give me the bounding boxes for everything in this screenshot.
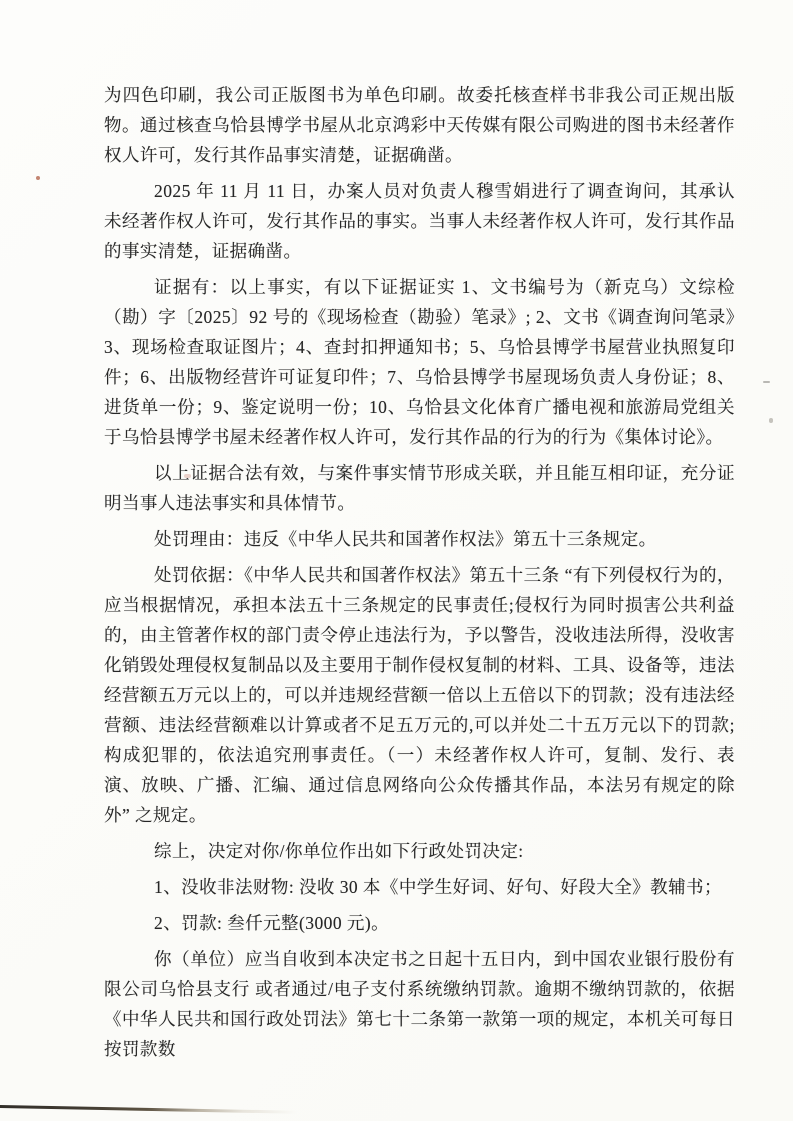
- paragraph-payment-instructions: 你（单位）应当自收到本决定书之日起十五日内，到中国农业银行股份有限公司乌恰县支行…: [104, 944, 735, 1064]
- scan-speck-gray-2: [769, 418, 773, 423]
- scan-artifact-line: [0, 1105, 297, 1114]
- paragraph-penalty-basis: 处罚依据：《中华人民共和国著作权法》第五十三条 “有下列侵权行为的，应当根据情况…: [104, 560, 735, 830]
- paragraph-decision-intro: 综上，决定对你/你单位作出如下行政处罚决定:: [104, 836, 735, 866]
- scanned-document-page: 为四色印刷，我公司正版图书为单色印刷。故委托核查样书非我公司正规出版物。通过核查…: [0, 0, 793, 1121]
- paragraph-penalty-reason: 处罚理由：违反《中华人民共和国著作权法》第五十三条规定。: [104, 524, 735, 554]
- scan-speck-red: [36, 176, 40, 180]
- decision-item-confiscation: 1、没收非法财物: 没收 30 本《中学生好词、好句、好段大全》教辅书；: [104, 872, 735, 902]
- decision-item-fine: 2、罚款: 叁仟元整(3000 元)。: [104, 908, 735, 938]
- scan-speck-gray: [763, 381, 770, 383]
- scan-speck-pink: [184, 474, 191, 478]
- paragraph-inquiry-record: 2025 年 11 月 11 日，办案人员对负责人穆雪娟进行了调查询问，其承认未…: [104, 176, 735, 266]
- paragraph-evidence-validity: 以上证据合法有效，与案件事实情节形成关联，并且能互相印证，充分证明当事人违法事实…: [104, 458, 735, 518]
- document-body: 为四色印刷，我公司正版图书为单色印刷。故委托核查样书非我公司正规出版物。通过核查…: [104, 80, 735, 1070]
- paragraph-printing-comparison: 为四色印刷，我公司正版图书为单色印刷。故委托核查样书非我公司正规出版物。通过核查…: [104, 80, 735, 170]
- paragraph-evidence-list: 证据有：以上事实，有以下证据证实 1、文书编号为（新克乌）文综检（勘）字〔202…: [104, 272, 735, 452]
